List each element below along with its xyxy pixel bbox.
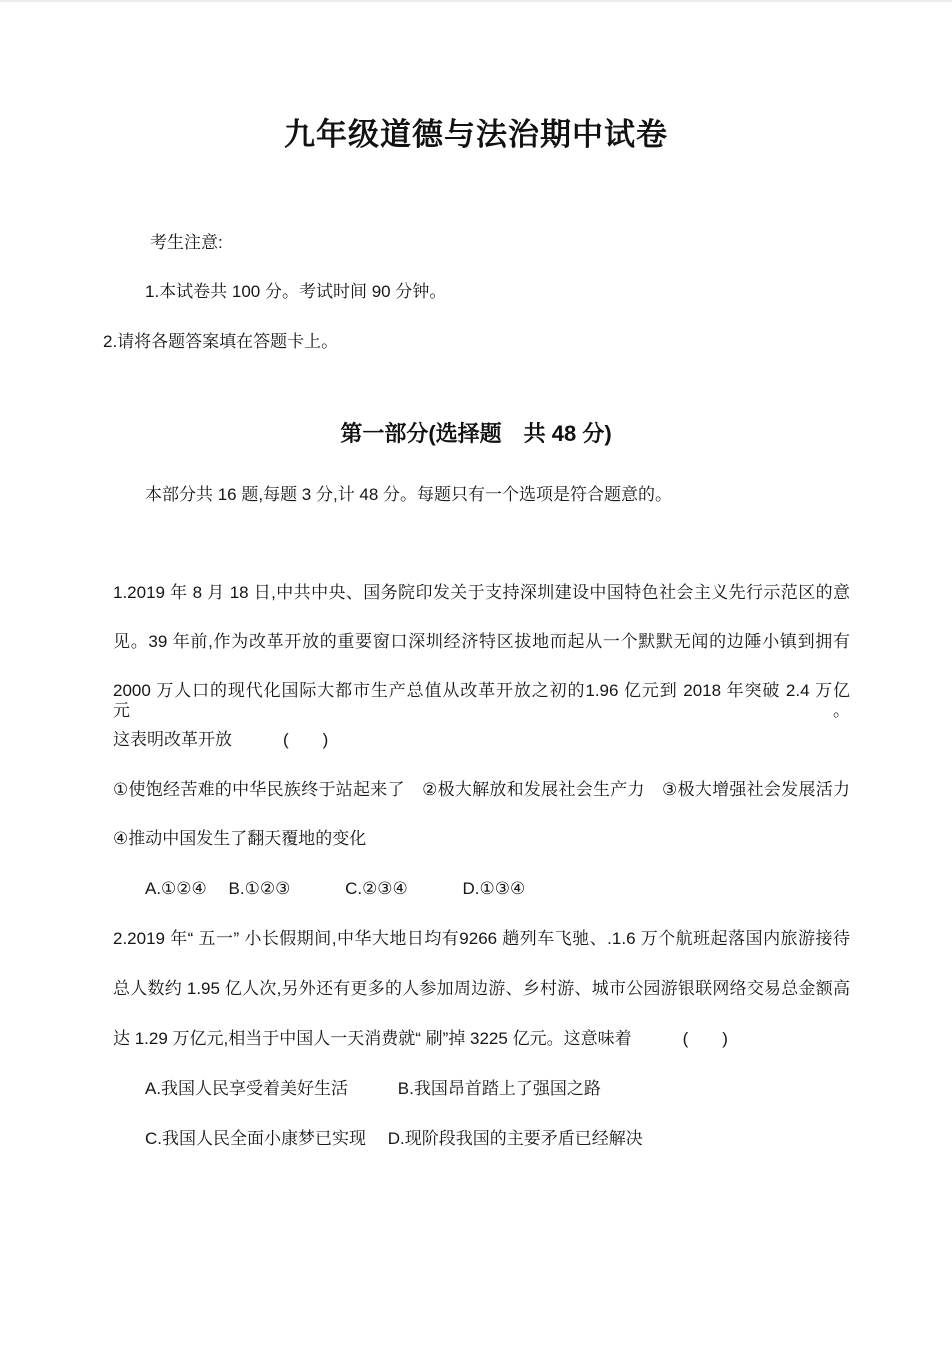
question-2-options-row-2: C.我国人民全面小康梦已实现 D.现阶段我国的主要矛盾已经解决 [145,1129,643,1149]
q1-option-b: B.①②③ [229,879,291,899]
notice-header: 考生注意: [150,233,223,253]
notice-item-2: 2.请将各题答案填在答题卡上。 [103,332,338,352]
question-2-options-row-1: A.我国人民享受着美好生活 B.我国昂首踏上了强国之路 [145,1079,601,1099]
question-1-options-row: A.①②④ B.①②③ C.②③④ D.①③④ [145,879,525,899]
q2-option-a: A.我国人民享受着美好生活 [145,1079,348,1099]
exam-page: 九年级道德与法治期中试卷 考生注意: 1.本试卷共 100 分。考试时间 90 … [0,0,952,1347]
exam-title: 九年级道德与法治期中试卷 [0,118,952,152]
question-1-line-2: 见。39 年前,作为改革开放的重要窗口深圳经济特区拔地而起从一个默默无闻的边陲小… [113,632,850,652]
section-description: 本部分共 16 题,每题 3 分,计 48 分。每题只有一个选项是符合题意的。 [145,485,672,505]
question-1-line-3: 2000 万人口的现代化国际大都市生产总值从改革开放之初的1.96 亿元到 20… [113,681,850,720]
question-2-line-1: 2.2019 年“ 五一” 小长假期间,中华大地日均有9266 趟列车飞驰、.1… [113,929,850,949]
question-1-line-4: 这表明改革开放 ( ) [113,730,850,750]
section-heading: 第一部分(选择题 共 48 分) [0,422,952,446]
question-1-line-6: ④推动中国发生了翻天覆地的变化 [113,829,850,849]
q1-option-d: D.①③④ [463,879,526,899]
question-1-line-5: ①使饱经苦难的中华民族终于站起来了 ②极大解放和发展社会生产力 ③极大增强社会发… [113,780,850,800]
question-1-line-1: 1.2019 年 8 月 18 日,中共中央、国务院印发关于支持深圳建设中国特色… [113,583,850,603]
q2-option-c: C.我国人民全面小康梦已实现 [145,1129,366,1149]
notice-item-1: 1.本试卷共 100 分。考试时间 90 分钟。 [145,282,446,302]
q2-option-d: D.现阶段我国的主要矛盾已经解决 [388,1129,643,1149]
q1-option-a: A.①②④ [145,879,207,899]
question-2-line-3: 达 1.29 万亿元,相当于中国人一天消费就“ 刷”掉 3225 亿元。这意味着… [113,1029,850,1049]
question-2-line-2: 总人数约 1.95 亿人次,另外还有更多的人参加周边游、乡村游、城市公园游银联网… [113,979,850,999]
q2-option-b: B.我国昂首踏上了强国之路 [398,1079,601,1099]
q1-option-c: C.②③④ [345,879,408,899]
